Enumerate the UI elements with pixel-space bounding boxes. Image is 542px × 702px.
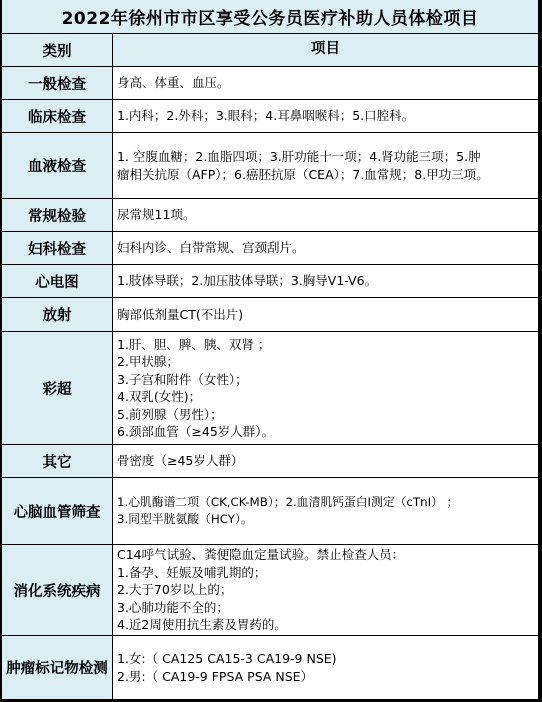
category-cell: 妇科检查 <box>2 232 113 264</box>
table-row: 临床检查 1.内科；2.外科；3.眼科；4.耳鼻咽喉科；5.口腔科。 <box>2 99 538 132</box>
item-line: 1.心肌酶谱二项（CK,CK-MB）；2.血清肌钙蛋白I测定（cTnI） ； <box>117 494 458 512</box>
item-line: 3.心肺功能不全的； <box>117 599 404 617</box>
item-line: 6.颈部血管（≥45岁人群）。 <box>117 423 274 441</box>
table-row: 其它 骨密度（≥45岁人群） <box>2 444 538 477</box>
item-line: C14呼气试验、粪便隐血定量试验。禁止检查人员： <box>117 546 404 564</box>
items-cell: 1.女:（ CA125 CA15-3 CA19-9 NSE) 2.男:（ CA1… <box>113 636 538 699</box>
table-row: 消化系统疾病 C14呼气试验、粪便隐血定量试验。禁止检查人员： 1.备孕、妊娠及… <box>2 544 538 635</box>
item-line: 1.女:（ CA125 CA15-3 CA19-9 NSE) <box>117 650 337 668</box>
items-cell: 尿常规11项。 <box>113 199 538 231</box>
item-line: 4.近2周使用抗生素及胃药的。 <box>117 616 404 634</box>
item-line: 瘤相关抗原（AFP）；6.癌胚抗原（CEA）；7.血常规；8.甲功三项。 <box>117 166 489 184</box>
table-header-row: 类别 项目 <box>2 33 538 66</box>
item-line: 1.内科；2.外科；3.眼科；4.耳鼻咽喉科；5.口腔科。 <box>117 107 414 125</box>
table-row: 心电图 1.肢体导联；2.加压肢体导联；3.胸导V1-V6。 <box>2 264 538 297</box>
items-cell: 妇科内诊、白带常规、宫颈刮片。 <box>113 232 538 264</box>
items-cell: 骨密度（≥45岁人群） <box>113 445 538 477</box>
column-header-items: 项目 <box>113 34 538 66</box>
items-cell: 1.肢体导联；2.加压肢体导联；3.胸导V1-V6。 <box>113 265 538 297</box>
items-cell: C14呼气试验、粪便隐血定量试验。禁止检查人员： 1.备孕、妊娠及哺乳期的； 2… <box>113 545 538 635</box>
table-row: 常规检验 尿常规11项。 <box>2 198 538 231</box>
items-cell: 1.内科；2.外科；3.眼科；4.耳鼻咽喉科；5.口腔科。 <box>113 100 538 132</box>
table-row: 肿瘤标记物检测 1.女:（ CA125 CA15-3 CA19-9 NSE) 2… <box>2 635 538 699</box>
items-cell: 1.心肌酶谱二项（CK,CK-MB）；2.血清肌钙蛋白I测定（cTnI） ； 3… <box>113 478 538 544</box>
item-line: 5.前列腺（男性）； <box>117 406 274 424</box>
exam-items-table: 2022年徐州市市区享受公务员医疗补助人员体检项目 类别 项目 一般检查 身高、… <box>0 0 542 702</box>
category-cell: 肿瘤标记物检测 <box>2 636 113 699</box>
items-cell: 身高、体重、血压。 <box>113 67 538 99</box>
item-line: 1.备孕、妊娠及哺乳期的； <box>117 564 404 582</box>
item-line: 胸部低剂量CT(不出片) <box>117 306 243 324</box>
category-cell: 消化系统疾病 <box>2 545 113 635</box>
table-title: 2022年徐州市市区享受公务员医疗补助人员体检项目 <box>62 4 479 29</box>
category-cell: 一般检查 <box>2 67 113 99</box>
items-cell: 1. 空腹血糖；2.血脂四项；3.肝功能十一项；4.肾功能三项；5.肿 瘤相关抗… <box>113 133 538 198</box>
item-line: 3.同型半胱氨酸（HCY）。 <box>117 511 458 529</box>
item-line: 尿常规11项。 <box>117 206 195 224</box>
item-line: 2.大于70岁以上的； <box>117 581 404 599</box>
item-line: 1.肢体导联；2.加压肢体导联；3.胸导V1-V6。 <box>117 272 377 290</box>
item-line: 3.子宫和附件（女性）； <box>117 371 274 389</box>
item-line: 妇科内诊、白带常规、宫颈刮片。 <box>117 239 305 257</box>
category-cell: 常规检验 <box>2 199 113 231</box>
item-line: 2.甲状腺； <box>117 353 274 371</box>
category-cell: 临床检查 <box>2 100 113 132</box>
items-cell: 胸部低剂量CT(不出片) <box>113 298 538 331</box>
table-row: 一般检查 身高、体重、血压。 <box>2 66 538 99</box>
items-cell: 1.肝、胆、脾、胰、双肾 ； 2.甲状腺； 3.子宫和附件（女性）； 4.双乳(… <box>113 332 538 444</box>
table-row: 彩超 1.肝、胆、脾、胰、双肾 ； 2.甲状腺； 3.子宫和附件（女性）； 4.… <box>2 331 538 444</box>
table-row: 放射 胸部低剂量CT(不出片) <box>2 297 538 331</box>
category-cell: 彩超 <box>2 332 113 444</box>
table-row: 妇科检查 妇科内诊、白带常规、宫颈刮片。 <box>2 231 538 264</box>
item-line: 身高、体重、血压。 <box>117 74 230 92</box>
table-row: 心脑血管筛查 1.心肌酶谱二项（CK,CK-MB）；2.血清肌钙蛋白I测定（cT… <box>2 477 538 544</box>
category-cell: 血液检查 <box>2 133 113 198</box>
item-line: 骨密度（≥45岁人群） <box>117 452 243 470</box>
table-row: 血液检查 1. 空腹血糖；2.血脂四项；3.肝功能十一项；4.肾功能三项；5.肿… <box>2 132 538 198</box>
table-title-row: 2022年徐州市市区享受公务员医疗补助人员体检项目 <box>2 0 538 33</box>
item-line: 4.双乳(女性)； <box>117 388 274 406</box>
column-header-category: 类别 <box>2 34 113 66</box>
category-cell: 心脑血管筛查 <box>2 478 113 544</box>
item-line: 1.肝、胆、脾、胰、双肾 ； <box>117 336 274 354</box>
item-line: 1. 空腹血糖；2.血脂四项；3.肝功能十一项；4.肾功能三项；5.肿 <box>117 148 489 166</box>
item-line: 2.男:（ CA19-9 FPSA PSA NSE） <box>117 668 337 686</box>
category-cell: 心电图 <box>2 265 113 297</box>
category-cell: 其它 <box>2 445 113 477</box>
category-cell: 放射 <box>2 298 113 331</box>
